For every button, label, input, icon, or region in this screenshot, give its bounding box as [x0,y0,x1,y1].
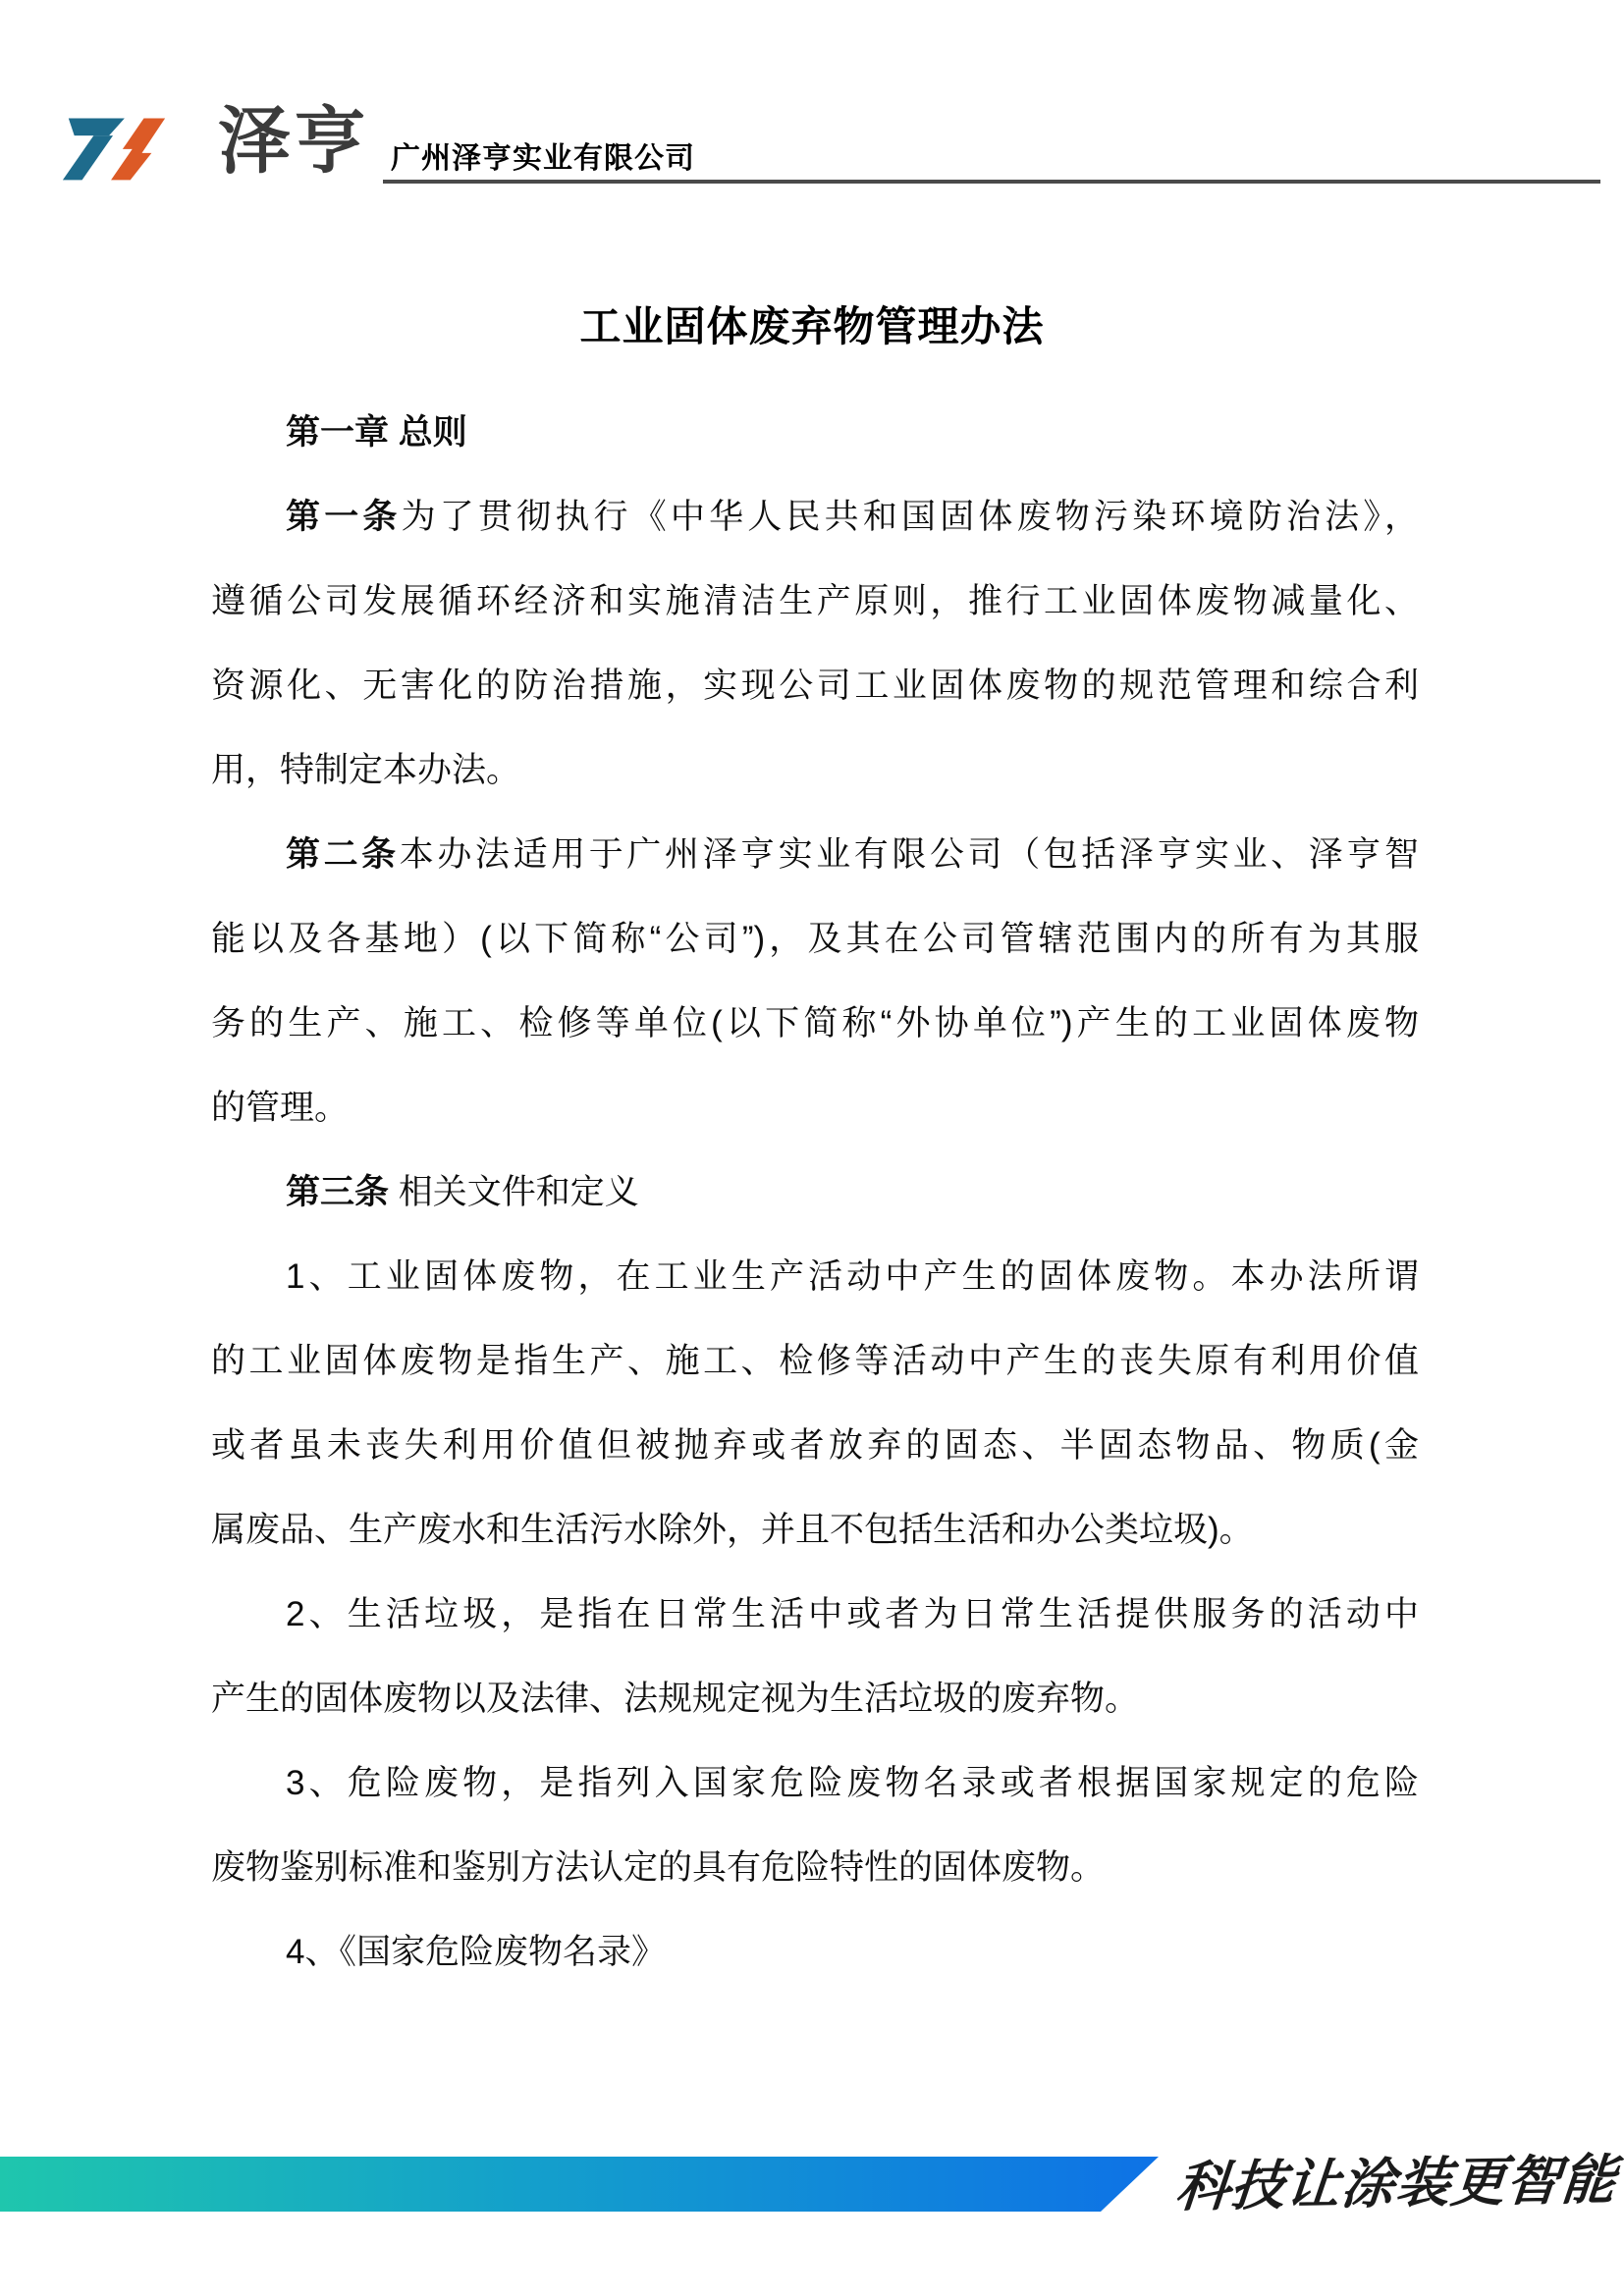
text-line: 属废品、生产废水和生活污水除外，并且不包括生活和办公类垃圾)。 [211,1488,1419,1573]
line-text: 4、《国家危险废物名录》 [286,1933,666,1971]
text-line: 资源化、无害化的防治措施，实现公司工业固体废物的规范管理和综合利 [211,644,1419,728]
text-line: 的工业固体废物是指生产、施工、检修等活动中产生的丧失原有利用价值 [211,1319,1419,1404]
article-heading: 第三条 相关文件和定义 [211,1150,1419,1235]
text-line: 3、危险废物，是指列入国家危险废物名录或者根据国家规定的危险 [211,1741,1419,1826]
logo-blue-leg [63,135,113,180]
text-line: 的管理。 [211,1066,1419,1150]
line-text: 务的生产、施工、检修等单位(以下简称“外协单位”)产生的工业固体废物 [211,1004,1419,1042]
company-logo-icon [57,110,173,181]
footer-slogan: 科技让涂装更智能 [1173,2137,1603,2221]
line-text: 为了贯彻执行《中华人民共和国固体废物污染环境防治法》， [402,498,1419,536]
line-text: 3、危险废物，是指列入国家危险废物名录或者根据国家规定的危险 [286,1764,1419,1802]
line-text: 资源化、无害化的防治措施，实现公司工业固体废物的规范管理和综合利 [211,667,1419,705]
line-text: 1、工业固体废物，在工业生产活动中产生的固体废物。本办法所谓 [286,1257,1419,1296]
text-line: 2、生活垃圾，是指在日常生活中或者为日常生活提供服务的活动中 [211,1573,1419,1657]
text-line: 或者虽未丧失利用价值但被抛弃或者放弃的固态、半固态物品、物质(金 [211,1404,1419,1488]
text-line: 产生的固体废物以及法律、法规规定视为生活垃圾的废弃物。 [211,1657,1419,1741]
line-text: 能以及各基地）(以下简称“公司”)，及其在公司管辖范围内的所有为其服 [211,920,1419,958]
text-line: 能以及各基地）(以下简称“公司”)，及其在公司管辖范围内的所有为其服 [211,897,1419,982]
line-text: 的管理。 [211,1089,349,1127]
line-text: 用，特制定本办法。 [211,751,520,789]
text-line: 第二条本办法适用于广州泽亨实业有限公司（包括泽亨实业、泽亨智 [211,813,1419,897]
text-line: 4、《国家危险废物名录》 [211,1910,1419,1995]
document-title: 工业固体废弃物管理办法 [0,294,1624,353]
line-text: 的工业固体废物是指生产、施工、检修等活动中产生的丧失原有利用价值 [211,1342,1419,1380]
bold-lead: 第三条 [286,1173,389,1211]
logo-blue-bar [69,118,125,135]
line-text: 相关文件和定义 [389,1173,639,1211]
line-text: 产生的固体废物以及法律、法规规定视为生活垃圾的废弃物。 [211,1680,1139,1718]
line-text: 或者虽未丧失利用价值但被抛弃或者放弃的固态、半固态物品、物质(金 [211,1426,1419,1465]
text-line: 第一条为了贯彻执行《中华人民共和国固体废物污染环境防治法》， [211,475,1419,560]
company-name: 广州泽亨实业有限公司 [391,133,695,177]
text-line: 用，特制定本办法。 [211,728,1419,813]
text-line: 1、工业固体废物，在工业生产活动中产生的固体废物。本办法所谓 [211,1235,1419,1319]
text-line: 废物鉴别标准和鉴别方法认定的具有危险特性的固体废物。 [211,1826,1419,1910]
line-text: 属废品、生产废水和生活污水除外，并且不包括生活和办公类垃圾)。 [211,1511,1254,1549]
line-text: 2、生活垃圾，是指在日常生活中或者为日常生活提供服务的活动中 [286,1595,1419,1633]
line-text: 遵循公司发展循环经济和实施清洁生产原则，推行工业固体废物减量化、 [211,582,1419,620]
text-line: 遵循公司发展循环经济和实施清洁生产原则，推行工业固体废物减量化、 [211,560,1419,644]
line-text: 废物鉴别标准和鉴别方法认定的具有危险特性的固体废物。 [211,1848,1105,1887]
line-text: 本办法适用于广州泽亨实业有限公司（包括泽亨实业、泽亨智 [400,835,1419,874]
bold-lead: 第一章 总则 [286,413,467,452]
logo-orange-bolt [111,118,165,180]
document-body: 第一章 总则 第一条为了贯彻执行《中华人民共和国固体废物污染环境防治法》， 遵循… [211,391,1419,1995]
bold-lead: 第一条 [286,498,402,536]
footer-gradient-bar [0,2157,1159,2212]
document-page: 泽亨 广州泽亨实业有限公司 工业固体废弃物管理办法 第一章 总则 第一条为了贯彻… [0,0,1624,2296]
chapter-heading: 第一章 总则 [211,391,1419,475]
bold-lead: 第二条 [286,835,400,874]
text-line: 务的生产、施工、检修等单位(以下简称“外协单位”)产生的工业固体废物 [211,982,1419,1066]
logo-wordmark: 泽亨 [218,102,369,181]
header-divider [383,180,1600,184]
